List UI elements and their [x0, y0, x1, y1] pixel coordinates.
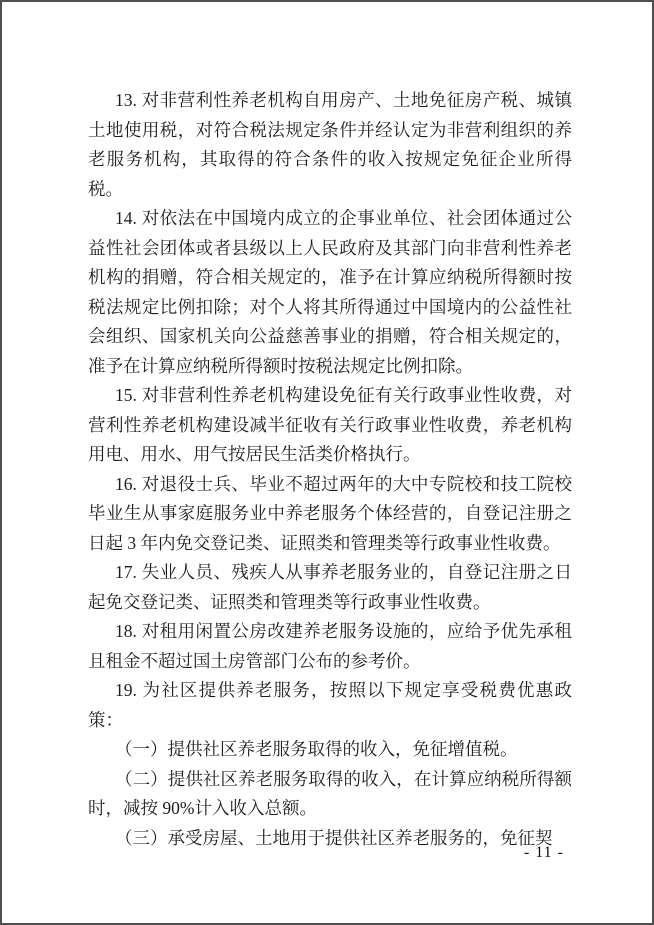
page-number: - 11 -: [524, 844, 564, 862]
document-page: 13. 对非营利性养老机构自用房产、土地免征房产税、城镇土地使用税，对符合税法规…: [0, 0, 654, 925]
paragraph-item-13: 13. 对非营利性养老机构自用房产、土地免征房产税、城镇土地使用税，对符合税法规…: [88, 86, 572, 204]
paragraph-subitem-1: （一）提供社区养老服务取得的收入，免征增值税。: [88, 735, 572, 765]
paragraph-item-19: 19. 为社区提供养老服务，按照以下规定享受税费优惠政策：: [88, 676, 572, 735]
paragraph-item-15: 15. 对非营利性养老机构建设免征有关行政事业性收费，对营利性养老机构建设减半征…: [88, 381, 572, 470]
paragraph-item-18: 18. 对租用闲置公房改建养老服务设施的，应给予优先承租且租金不超过国土房管部门…: [88, 617, 572, 676]
paragraph-item-14: 14. 对依法在中国境内成立的企事业单位、社会团体通过公益性社会团体或者县级以上…: [88, 204, 572, 381]
document-body: 13. 对非营利性养老机构自用房产、土地免征房产税、城镇土地使用税，对符合税法规…: [88, 86, 572, 853]
paragraph-item-17: 17. 失业人员、残疾人从事养老服务业的，自登记注册之日起免交登记类、证照类和管…: [88, 558, 572, 617]
paragraph-subitem-2: （二）提供社区养老服务取得的收入，在计算应纳税所得额时，减按 90%计入收入总额…: [88, 765, 572, 824]
paragraph-item-16: 16. 对退役士兵、毕业不超过两年的大中专院校和技工院校毕业生从事家庭服务业中养…: [88, 470, 572, 559]
paragraph-subitem-3: （三）承受房屋、土地用于提供社区养老服务的，免征契: [88, 824, 572, 854]
